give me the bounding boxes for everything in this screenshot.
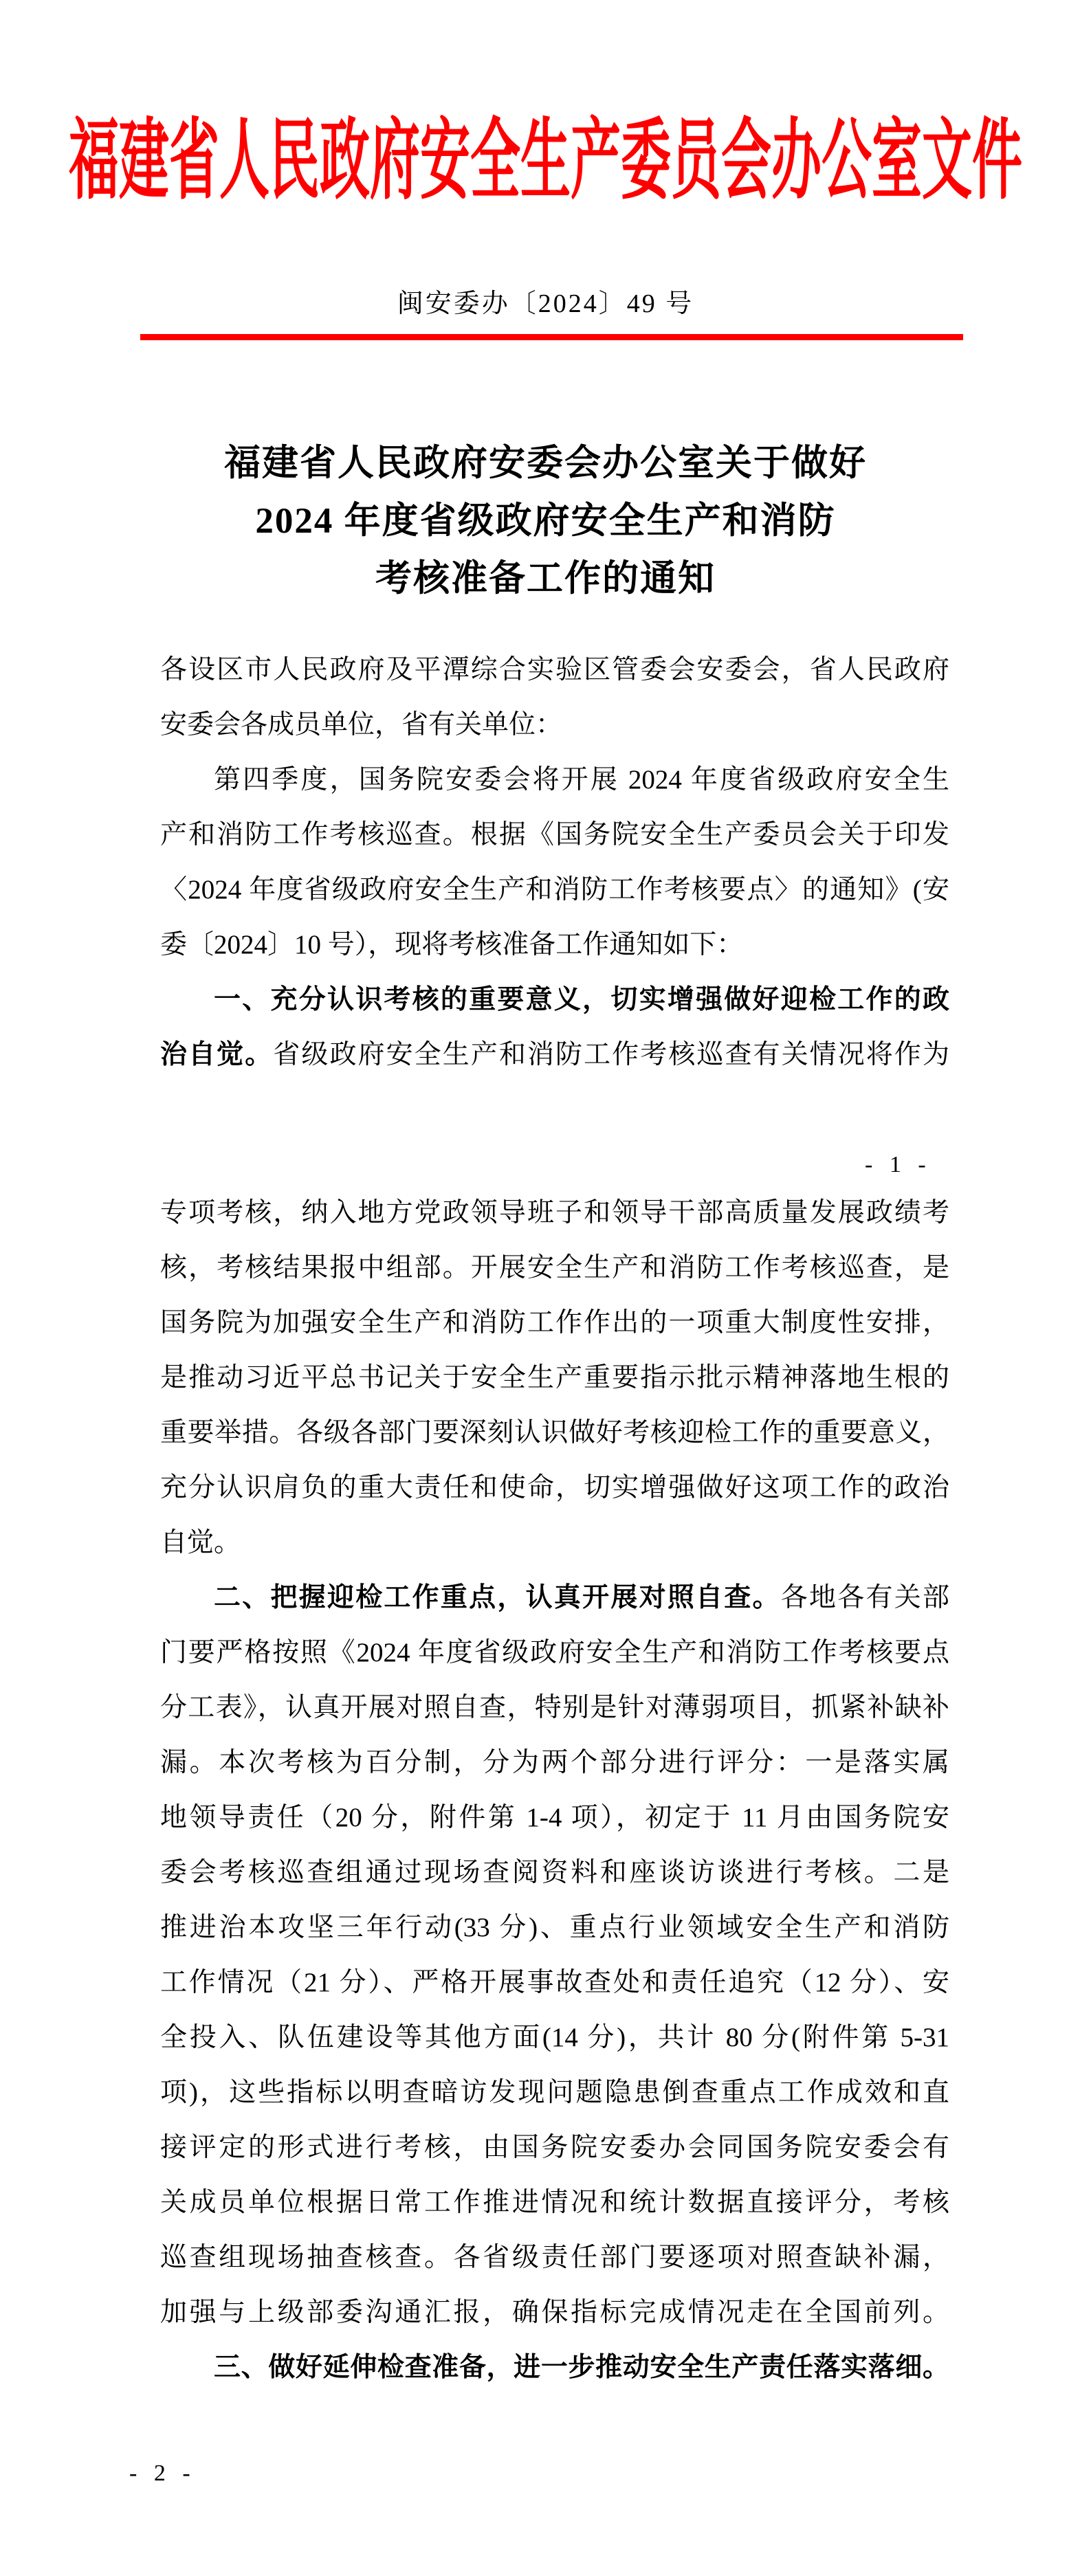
body-text: 全投入、队伍建设等其他方面(14 分)，共计 80 分(附件第 5-31 [160,2023,949,2052]
body-text: 专项考核，纳入地方党政领导班子和领导干部高质量发展政绩考 [160,1198,949,1228]
body-line: 第四季度，国务院安委会将开展 2024 年度省级政府安全生 [160,753,949,808]
body-line: 充分认识肩负的重大责任和使命，切实增强做好这项工作的政治 [160,1461,949,1515]
body-text: 分工表》，认真开展对照自查，特别是针对薄弱项目，抓紧补缺补 [160,1693,949,1722]
body-line: 推进治本攻坚三年行动(33 分)、重点行业领域安全生产和消防 [160,1900,949,1955]
red-separator-line [140,334,963,340]
document-number: 闽安委办〔2024〕49 号 [0,282,1091,320]
body-text: 地领导责任（20 分，附件第 1-4 项），初定于 11 月由国务院安 [160,1803,949,1832]
body-text: 关成员单位根据日常工作推进情况和统计数据直接评分，考核 [160,2188,949,2217]
body-text: 巡查组现场抽查核查。各省级责任部门要逐项对照查缺补漏， [160,2243,949,2272]
body-line: 各设区市人民政府及平潭综合实验区管委会安委会，省人民政府 [160,643,949,698]
body-line: 项)，这些指标以明查暗访发现问题隐患倒查重点工作成效和直 [160,2065,949,2120]
body-text: 〈2024 年度省级政府安全生产和消防工作考核要点〉的通知》(安 [160,875,949,904]
heading-text: 一、充分认识考核的重要意义，切实增强做好迎检工作的政 [214,985,949,1014]
body-text: 重要举措。各级各部门要深刻认识做好考核迎检工作的重要意义， [160,1418,949,1447]
body-line: 地领导责任（20 分，附件第 1-4 项），初定于 11 月由国务院安 [160,1790,949,1845]
body-line: 一、充分认识考核的重要意义，切实增强做好迎检工作的政 [160,973,949,1028]
body-line: 委会考核巡查组通过现场查阅资料和座谈访谈进行考核。二是 [160,1845,949,1900]
body-line: 委〔2024〕10 号），现将考核准备工作通知如下： [160,918,949,973]
body-line: 工作情况（21 分）、严格开展事故查处和责任追究（12 分）、安 [160,1955,949,2010]
body-line: 接评定的形式进行考核，由国务院安委办会同国务院安委会有 [160,2120,949,2175]
body-text: 国务院为加强安全生产和消防工作作出的一项重大制度性安排， [160,1308,949,1337]
body-line: 是推动习近平总书记关于安全生产重要指示批示精神落地生根的 [160,1351,949,1406]
heading-text: 二、把握迎检工作重点，认真开展对照自查。 [214,1583,781,1612]
page2-body: 专项考核，纳入地方党政领导班子和领导干部高质量发展政绩考核，考核结果报中组部。开… [160,1186,949,2395]
body-text: 是推动习近平总书记关于安全生产重要指示批示精神落地生根的 [160,1363,949,1392]
body-text: 核，考核结果报中组部。开展安全生产和消防工作考核巡查，是 [160,1253,949,1283]
document-red-header: 福建省人民政府安全生产委员会办公室文件 [0,89,1091,216]
body-text: 各设区市人民政府及平潭综合实验区管委会安委会，省人民政府 [160,655,949,685]
body-text: 漏。本次考核为百分制，分为两个部分进行评分：一是落实属 [160,1748,949,1777]
heading-text: 三、做好延伸检查准备，进一步推动安全生产责任落实落细。 [214,2353,949,2382]
body-text: 充分认识肩负的重大责任和使命，切实增强做好这项工作的政治 [160,1473,949,1502]
body-line: 关成员单位根据日常工作推进情况和统计数据直接评分，考核 [160,2175,949,2230]
body-line: 自觉。 [160,1515,949,1570]
body-line: 门要严格按照《2024 年度省级政府安全生产和消防工作考核要点 [160,1625,949,1680]
body-text: 项)，这些指标以明查暗访发现问题隐患倒查重点工作成效和直 [160,2078,949,2107]
document-title-line-3: 考核准备工作的通知 [0,550,1091,608]
body-line: 产和消防工作考核巡查。根据《国务院安全生产委员会关于印发 [160,808,949,863]
document-title-line-2: 2024 年度省级政府安全生产和消防 [0,492,1091,550]
heading-text: 治自觉。 [160,1040,273,1069]
body-text: 自觉。 [160,1528,241,1557]
body-text: 省级政府安全生产和消防工作考核巡查有关情况将作为 [273,1040,949,1069]
page2-page-number: - 2 - [129,2461,196,2487]
body-text: 安委会各成员单位，省有关单位： [160,710,562,740]
body-line: 安委会各成员单位，省有关单位： [160,698,949,753]
body-text: 推进治本攻坚三年行动(33 分)、重点行业领域安全生产和消防 [160,1913,949,1942]
body-line: 二、把握迎检工作重点，认真开展对照自查。各地各有关部 [160,1570,949,1625]
document-title: 福建省人民政府安委会办公室关于做好 2024 年度省级政府安全生产和消防 考核准… [0,434,1091,608]
document-title-line-1: 福建省人民政府安委会办公室关于做好 [0,434,1091,492]
body-line: 〈2024 年度省级政府安全生产和消防工作考核要点〉的通知》(安 [160,863,949,918]
page1-body: 各设区市人民政府及平潭综合实验区管委会安委会，省人民政府安委会各成员单位，省有关… [160,643,949,1082]
body-text: 加强与上级部委沟通汇报，确保指标完成情况走在全国前列。 [160,2298,949,2327]
body-text: 产和消防工作考核巡查。根据《国务院安全生产委员会关于印发 [160,820,949,850]
body-text: 委〔2024〕10 号），现将考核准备工作通知如下： [160,930,743,959]
body-line: 专项考核，纳入地方党政领导班子和领导干部高质量发展政绩考 [160,1186,949,1241]
body-line: 全投入、队伍建设等其他方面(14 分)，共计 80 分(附件第 5-31 [160,2010,949,2065]
document-page: 福建省人民政府安全生产委员会办公室文件 闽安委办〔2024〕49 号 福建省人民… [0,0,1091,2576]
body-line: 核，考核结果报中组部。开展安全生产和消防工作考核巡查，是 [160,1241,949,1296]
page1-page-number: - 1 - [865,1152,932,1178]
body-line: 治自觉。省级政府安全生产和消防工作考核巡查有关情况将作为 [160,1028,949,1082]
body-line: 漏。本次考核为百分制，分为两个部分进行评分：一是落实属 [160,1735,949,1790]
body-text: 工作情况（21 分）、严格开展事故查处和责任追究（12 分）、安 [160,1968,949,1997]
body-line: 分工表》，认真开展对照自查，特别是针对薄弱项目，抓紧补缺补 [160,1680,949,1735]
body-text: 委会考核巡查组通过现场查阅资料和座谈访谈进行考核。二是 [160,1858,949,1887]
body-text: 门要严格按照《2024 年度省级政府安全生产和消防工作考核要点 [160,1638,949,1667]
body-line: 重要举措。各级各部门要深刻认识做好考核迎检工作的重要意义， [160,1406,949,1461]
body-line: 三、做好延伸检查准备，进一步推动安全生产责任落实落细。 [160,2340,949,2395]
body-text: 接评定的形式进行考核，由国务院安委办会同国务院安委会有 [160,2133,949,2162]
body-text: 各地各有关部 [781,1583,949,1612]
body-text: 第四季度，国务院安委会将开展 2024 年度省级政府安全生 [214,765,949,795]
body-line: 加强与上级部委沟通汇报，确保指标完成情况走在全国前列。 [160,2285,949,2340]
body-line: 巡查组现场抽查核查。各省级责任部门要逐项对照查缺补漏， [160,2230,949,2285]
body-line: 国务院为加强安全生产和消防工作作出的一项重大制度性安排， [160,1296,949,1351]
